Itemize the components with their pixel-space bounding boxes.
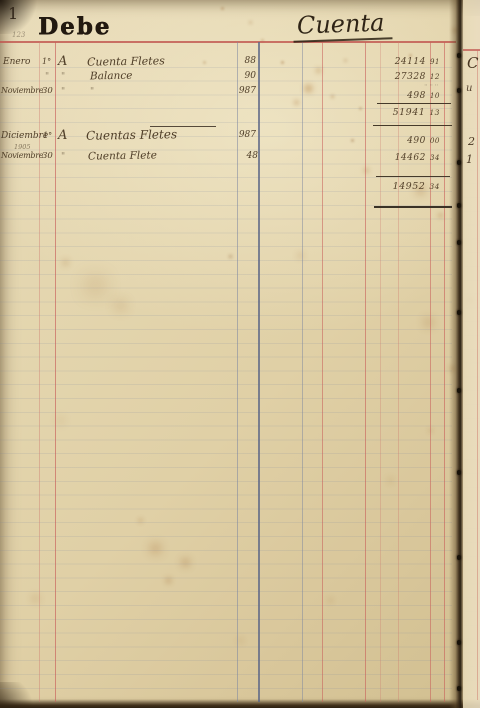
amount-cents: 34	[430, 153, 440, 162]
amount-value: 498	[407, 91, 426, 101]
entry-amount: 49810	[385, 91, 440, 101]
facing-page-fragment: u	[466, 83, 472, 94]
account-title: Cuenta	[292, 8, 392, 42]
page-number: 1	[8, 4, 18, 23]
stitch-dot	[457, 470, 461, 475]
entry-day: 1°	[43, 131, 52, 140]
total-value: 14952	[393, 181, 426, 192]
debit-header: Debe	[38, 13, 111, 40]
amount-cents: 91	[430, 57, 440, 66]
entry-year-note: 1905	[14, 143, 31, 151]
horizontal-ruling	[0, 54, 452, 699]
entry-month: Noviembre	[1, 151, 43, 160]
entry-ref: 88	[238, 56, 256, 66]
stitch-dot	[457, 686, 461, 691]
amount-value: 14462	[395, 153, 426, 163]
stitch-dot	[457, 53, 461, 58]
column-rule-red	[365, 42, 366, 702]
facing-page-fragment: 1	[466, 153, 473, 166]
entry-description: Cuenta Flete	[88, 149, 157, 162]
header-red-rule	[0, 41, 456, 43]
entry-amount: 2411491	[385, 57, 440, 67]
entry-folio: A	[58, 54, 67, 69]
column-rule-red	[444, 42, 445, 702]
entry-ref: 48	[240, 151, 258, 161]
entry-description: Balance	[90, 70, 133, 83]
entry-day: 30	[42, 86, 53, 96]
ledger-page: C u 2 1 1 123 Debe Cuenta Enero 1° A Cue…	[0, 0, 480, 708]
total-cents: 13	[429, 108, 440, 117]
entry-month: Diciembre	[1, 131, 48, 141]
amount-cents: 12	[430, 72, 440, 81]
entry-desc-ditto: "	[90, 87, 94, 97]
stitch-dot	[457, 240, 461, 245]
closing-rule	[373, 125, 452, 126]
pencil-note: 123	[12, 31, 25, 39]
page-bottom-edge	[0, 699, 480, 708]
stitch-dot	[457, 555, 461, 560]
entry-month: Noviembre	[1, 86, 43, 95]
entry-day: 30	[42, 151, 53, 161]
entry-ref: 987	[238, 86, 256, 96]
section-total: 5194113	[383, 107, 440, 118]
stitch-dot	[457, 388, 461, 393]
entry-ref: 90	[238, 71, 256, 81]
amount-value: 24114	[395, 57, 426, 67]
entry-folio: A	[58, 128, 67, 143]
sum-rule	[376, 176, 450, 177]
facing-column-rule-red	[477, 50, 478, 700]
entry-description: Cuentas Fletes	[86, 127, 177, 143]
entry-day: 1°	[42, 57, 51, 66]
entry-amount: 49000	[390, 136, 440, 146]
amount-value: 27328	[395, 72, 426, 82]
total-cents: 34	[429, 182, 440, 191]
entry-folio-ditto: "	[61, 152, 65, 162]
stitch-dot	[457, 160, 461, 165]
sum-rule	[377, 103, 451, 104]
stitch-dot	[457, 310, 461, 315]
total-value: 51941	[393, 107, 426, 118]
column-rule-red	[322, 42, 323, 702]
column-rule-blue-heavy	[258, 42, 260, 702]
facing-page-fragment: 2	[468, 135, 475, 148]
entry-amount: 2732812	[385, 72, 440, 82]
entry-day-ditto: "	[45, 72, 49, 82]
entry-folio-ditto: "	[61, 72, 65, 82]
column-rule-blue	[237, 42, 238, 702]
closing-rule	[374, 206, 452, 208]
column-rule-red	[39, 42, 40, 702]
amount-cents: 00	[430, 136, 440, 145]
paper-stains	[0, 0, 1, 1]
stitch-dot	[457, 640, 461, 645]
entry-amount: 1446234	[385, 153, 440, 163]
amount-cents: 10	[430, 91, 440, 100]
pencil-tally: '' '' ''	[388, 84, 438, 91]
amount-value: 490	[407, 136, 426, 146]
column-rule-blue	[302, 42, 303, 702]
column-rule-red	[55, 42, 56, 702]
column-rule-red-faint	[380, 42, 381, 702]
facing-page-fragment: C	[467, 54, 478, 72]
section-total: 1495234	[383, 181, 440, 192]
entry-month: Enero	[3, 57, 30, 67]
entry-description: Cuenta Fletes	[87, 54, 165, 68]
entry-ref: 987	[238, 130, 256, 140]
stitch-dot	[457, 88, 461, 93]
entry-folio-ditto: "	[61, 87, 65, 97]
stitch-dot	[457, 203, 461, 208]
